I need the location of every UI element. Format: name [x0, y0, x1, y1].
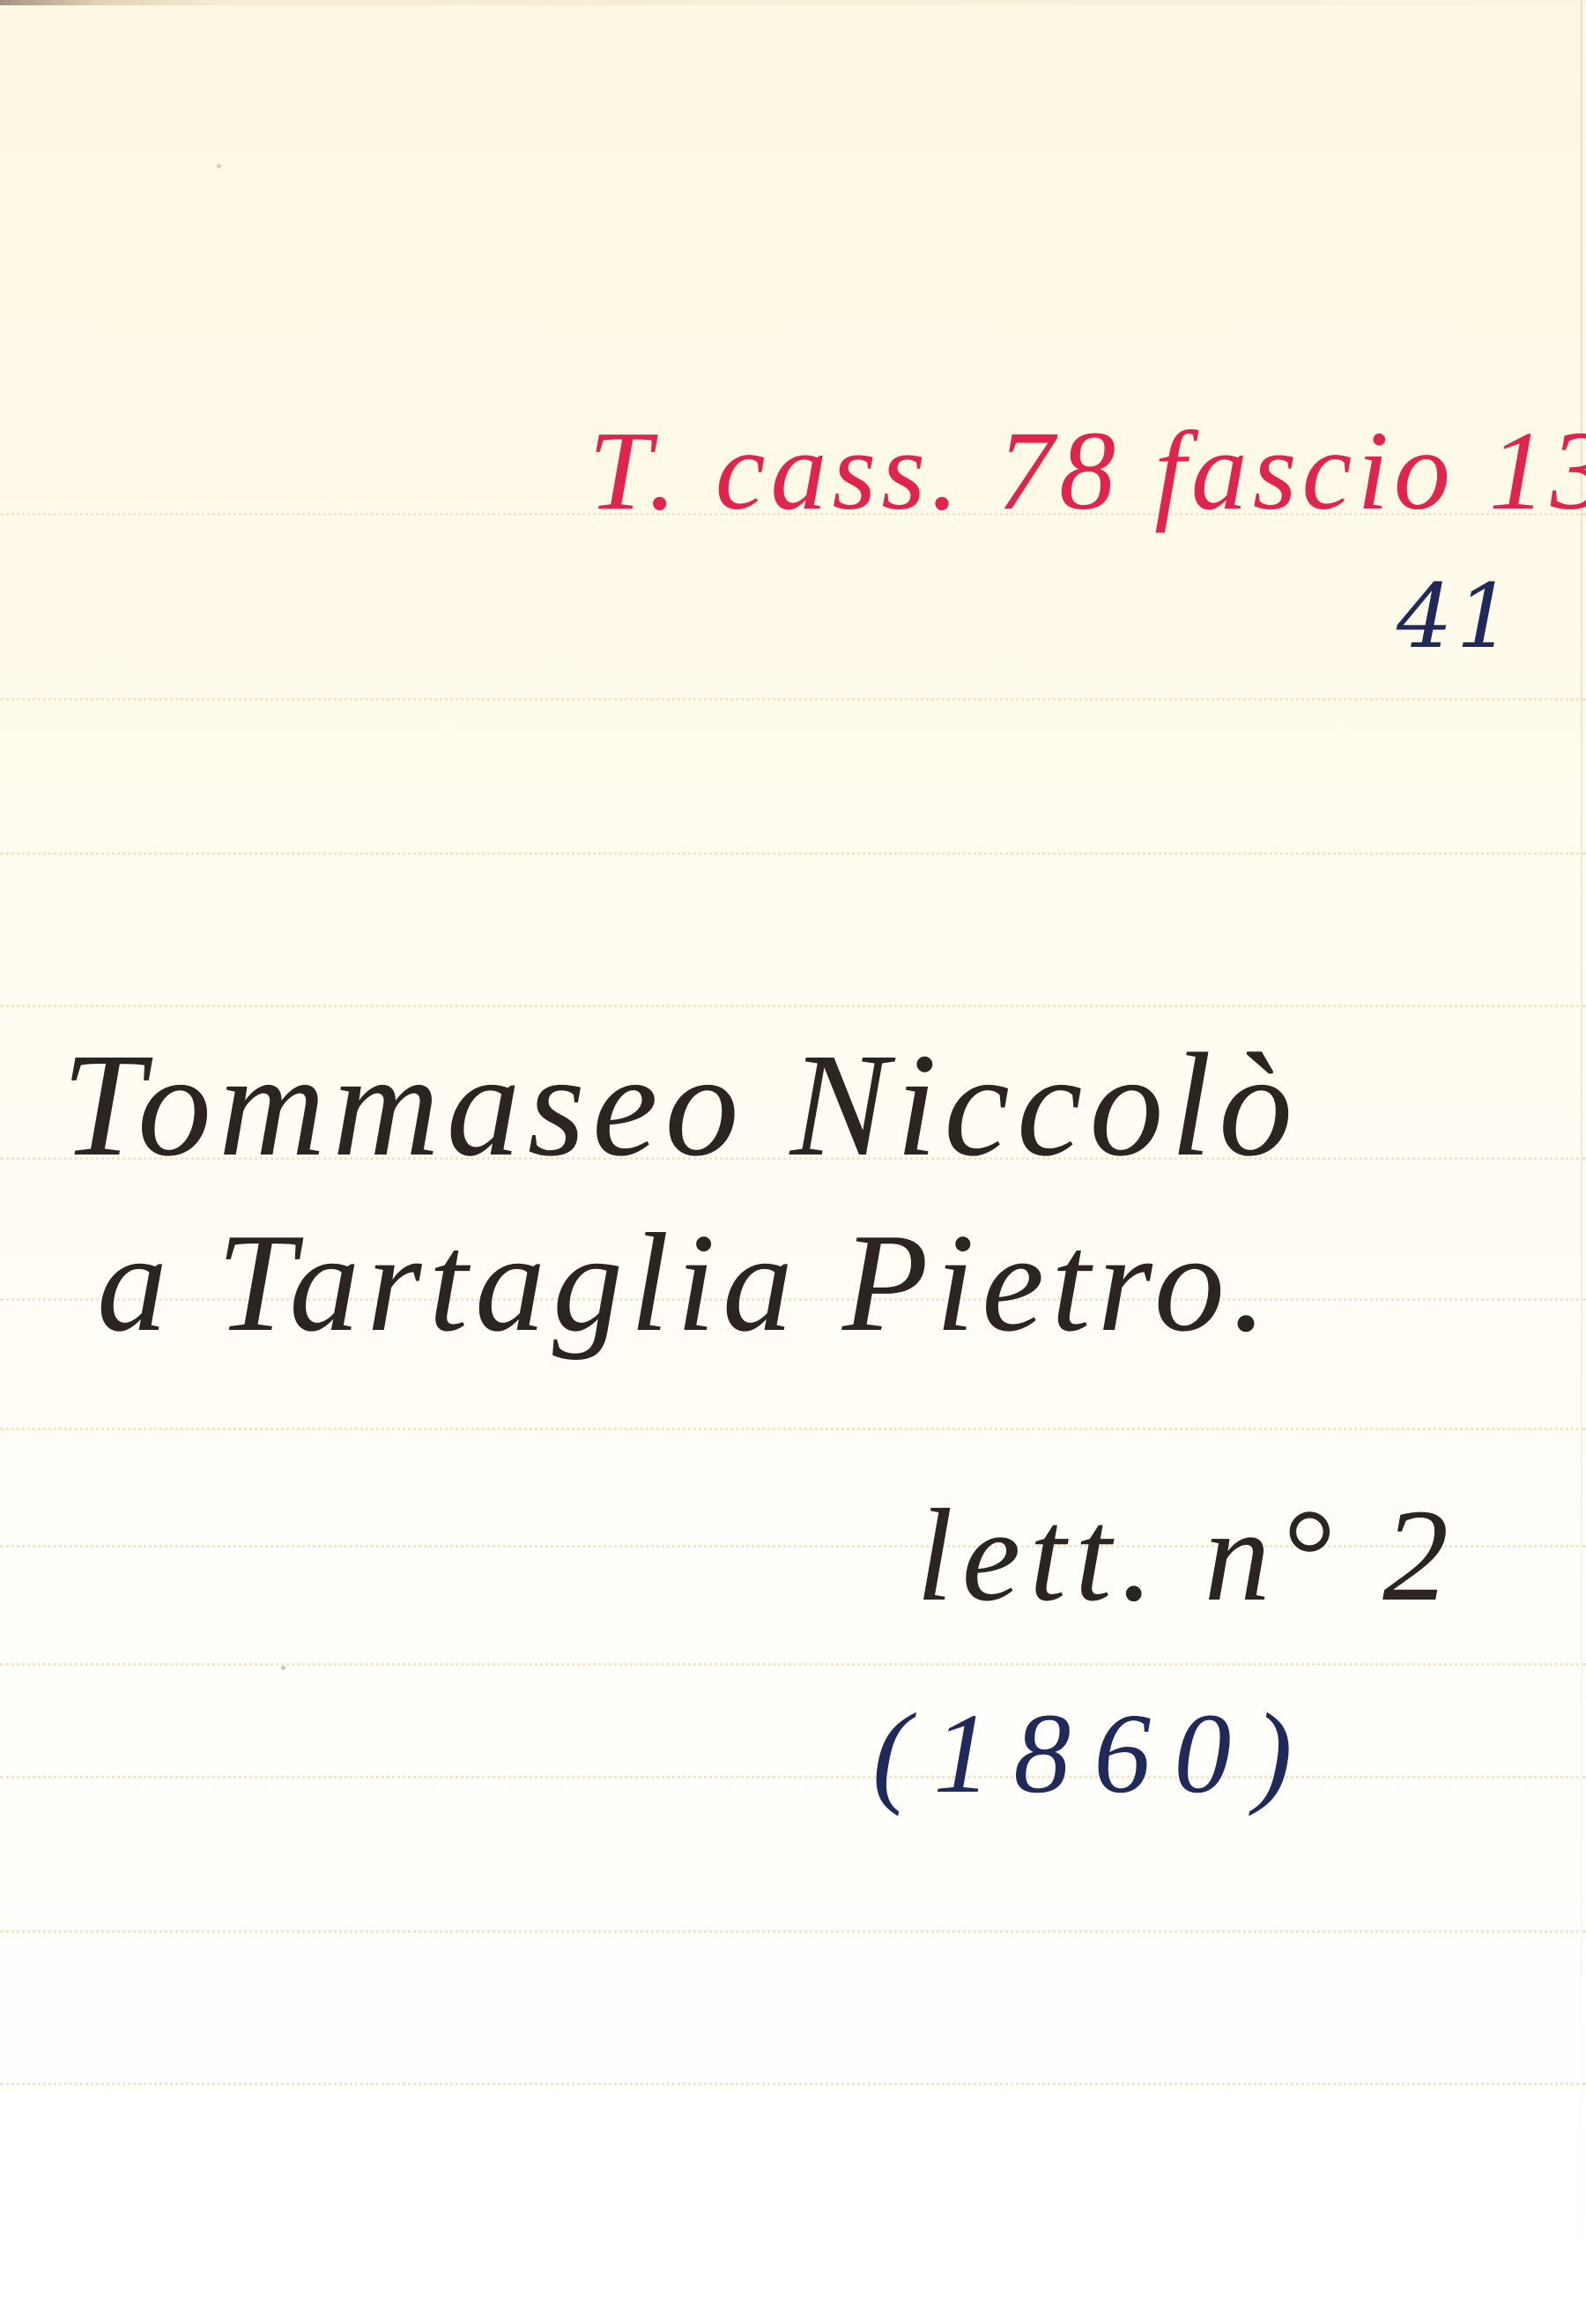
- ruled-line: [0, 2083, 1586, 2085]
- index-card: T. cass. 78 fascio 133. 41 Tommaseo Nicc…: [0, 0, 1586, 2324]
- recipient-name: a Tartaglia Pietro.: [97, 1212, 1274, 1353]
- card-top-edge: [0, 0, 1586, 5]
- letter-year: (1860): [872, 1697, 1315, 1811]
- item-number: 41: [1397, 573, 1516, 661]
- paper-speck: [281, 1666, 285, 1670]
- paper-speck: [217, 164, 221, 168]
- ruled-line: [0, 698, 1586, 701]
- ruled-line: [0, 1776, 1586, 1778]
- ruled-line: [0, 1663, 1586, 1666]
- sender-name: Tommaseo Niccolò: [62, 1031, 1300, 1179]
- ruled-line: [0, 852, 1586, 855]
- ruled-line: [0, 1428, 1586, 1430]
- letter-count: lett. n° 2: [916, 1489, 1457, 1622]
- card-right-edge: [1581, 0, 1582, 2324]
- ruled-line: [0, 1005, 1586, 1007]
- ruled-line: [0, 1930, 1586, 1933]
- shelfmark-reference: T. cass. 78 fascio 133.: [589, 414, 1586, 527]
